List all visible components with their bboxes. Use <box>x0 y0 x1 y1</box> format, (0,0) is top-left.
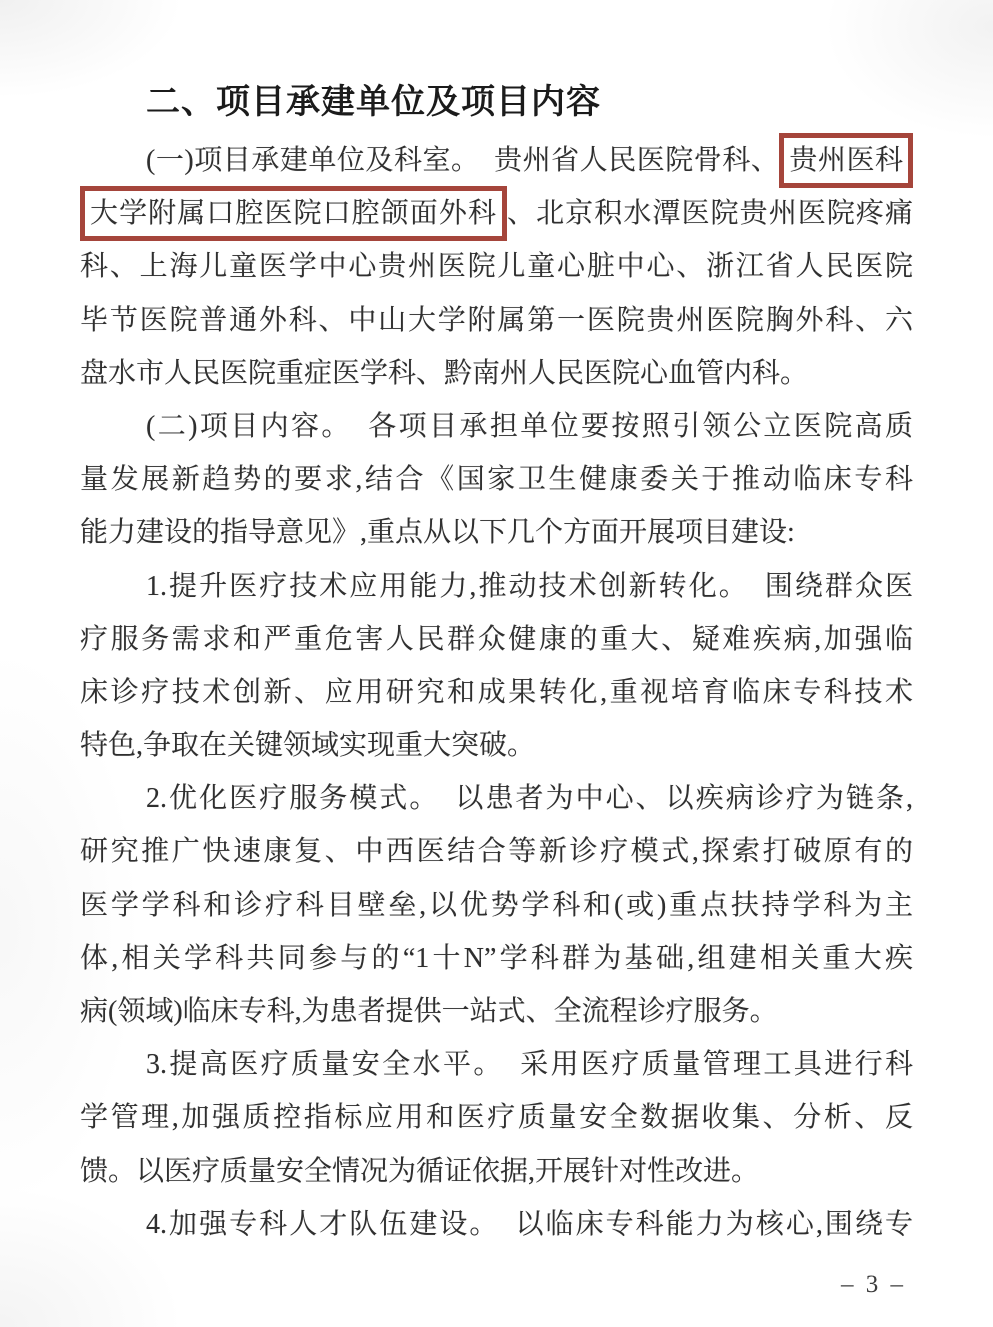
section-heading: 二、项目承建单位及项目内容 <box>80 80 913 134</box>
text-segment: 学管理,加强质控指标应用和医疗质量安全数据收集、分析、反 <box>80 1102 913 1133</box>
text-line: 科、上海儿童医学中心贵州医院儿童心脏中心、浙江省人民医院 <box>80 240 913 293</box>
text-line: 研究推广快速康复、中西医结合等新诊疗模式,探索打破原有的 <box>80 825 913 878</box>
text-line: 医学学科和诊疗科目壁垒,以优势学科和(或)重点扶持学科为主 <box>80 879 913 932</box>
highlight-box: 大学附属口腔医院口腔颌面外科 <box>80 186 507 241</box>
text-segment: 4.加强专科人才队伍建设。 以临床专科能力为核心,围绕专 <box>146 1209 913 1240</box>
text-segment: 疗服务需求和严重危害人民群众健康的重大、疑难疾病,加强临 <box>80 624 913 655</box>
page-number: – 3 – <box>841 1270 906 1300</box>
text-line: 能力建设的指导意见》,重点从以下几个方面开展项目建设: <box>80 506 913 559</box>
text-line: 1.提升医疗技术应用能力,推动技术创新转化。 围绕群众医 <box>80 560 913 613</box>
text-segment: 1.提升医疗技术应用能力,推动技术创新转化。 围绕群众医 <box>146 571 913 602</box>
document-body: (一)项目承建单位及科室。 贵州省人民医院骨科、贵州医科大学附属口腔医院口腔颌面… <box>80 134 913 1251</box>
text-segment: 特色,争取在关键领域实现重大突破。 <box>80 730 535 761</box>
text-line: 疗服务需求和严重危害人民群众健康的重大、疑难疾病,加强临 <box>80 613 913 666</box>
text-line: 床诊疗技术创新、应用研究和成果转化,重视培育临床专科技术 <box>80 666 913 719</box>
text-segment: 床诊疗技术创新、应用研究和成果转化,重视培育临床专科技术 <box>80 677 913 708</box>
text-line: 体,相关学科共同参与的“1十N”学科群为基础,组建相关重大疾 <box>80 932 913 985</box>
text-line: 量发展新趋势的要求,结合《国家卫生健康委关于推动临床专科 <box>80 453 913 506</box>
text-line: 盘水市人民医院重症医学科、黔南州人民医院心血管内科。 <box>80 347 913 400</box>
text-line: 4.加强专科人才队伍建设。 以临床专科能力为核心,围绕专 <box>80 1198 913 1251</box>
text-line: 病(领域)临床专科,为患者提供一站式、全流程诊疗服务。 <box>80 985 913 1038</box>
text-segment: 盘水市人民医院重症医学科、黔南州人民医院心血管内科。 <box>80 358 808 389</box>
text-line: 馈。以医疗质量安全情况为循证依据,开展针对性改进。 <box>80 1145 913 1198</box>
text-segment: 医学学科和诊疗科目壁垒,以优势学科和(或)重点扶持学科为主 <box>80 890 913 921</box>
document-page: 二、项目承建单位及项目内容 (一)项目承建单位及科室。 贵州省人民医院骨科、贵州… <box>0 0 993 1327</box>
highlight-box: 贵州医科 <box>779 133 913 188</box>
text-line: 毕节医院普通外科、中山大学附属第一医院贵州医院胸外科、六 <box>80 294 913 347</box>
text-line: 特色,争取在关键领域实现重大突破。 <box>80 719 913 772</box>
text-segment: (一)项目承建单位及科室。 贵州省人民医院骨科、 <box>146 145 779 176</box>
text-segment: 毕节医院普通外科、中山大学附属第一医院贵州医院胸外科、六 <box>80 305 913 336</box>
text-segment: 馈。以医疗质量安全情况为循证依据,开展针对性改进。 <box>80 1156 759 1187</box>
text-segment: 、北京积水潭医院贵州医院疼痛 <box>507 198 913 229</box>
text-segment: 3.提高医疗质量安全水平。 采用医疗质量管理工具进行科 <box>146 1049 913 1080</box>
text-segment: 病(领域)临床专科,为患者提供一站式、全流程诊疗服务。 <box>80 996 778 1027</box>
text-segment: 量发展新趋势的要求,结合《国家卫生健康委关于推动临床专科 <box>80 464 913 495</box>
document-content: 二、项目承建单位及项目内容 (一)项目承建单位及科室。 贵州省人民医院骨科、贵州… <box>80 80 913 1251</box>
text-segment: 科、上海儿童医学中心贵州医院儿童心脏中心、浙江省人民医院 <box>80 251 913 282</box>
text-segment: 能力建设的指导意见》,重点从以下几个方面开展项目建设: <box>80 517 795 548</box>
text-segment: 研究推广快速康复、中西医结合等新诊疗模式,探索打破原有的 <box>80 836 913 867</box>
text-line: 学管理,加强质控指标应用和医疗质量安全数据收集、分析、反 <box>80 1091 913 1144</box>
text-line: (一)项目承建单位及科室。 贵州省人民医院骨科、贵州医科 <box>80 134 913 187</box>
text-line: 大学附属口腔医院口腔颌面外科、北京积水潭医院贵州医院疼痛 <box>80 187 913 240</box>
text-line: (二)项目内容。 各项目承担单位要按照引领公立医院高质 <box>80 400 913 453</box>
text-segment: 2.优化医疗服务模式。 以患者为中心、以疾病诊疗为链条, <box>146 783 913 814</box>
text-line: 2.优化医疗服务模式。 以患者为中心、以疾病诊疗为链条, <box>80 772 913 825</box>
text-line: 3.提高医疗质量安全水平。 采用医疗质量管理工具进行科 <box>80 1038 913 1091</box>
text-segment: 体,相关学科共同参与的“1十N”学科群为基础,组建相关重大疾 <box>80 943 913 974</box>
text-segment: (二)项目内容。 各项目承担单位要按照引领公立医院高质 <box>146 411 913 442</box>
